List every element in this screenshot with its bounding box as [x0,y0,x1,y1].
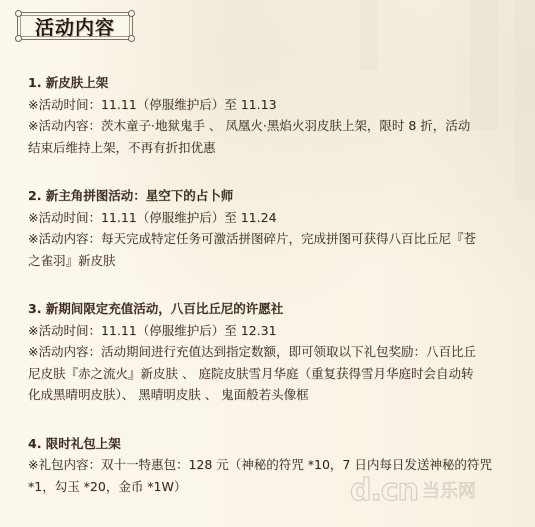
activity-details-cont: 结束后维持上架，不再有折扣优惠 [28,137,518,159]
activity-section-puzzle: 2. 新主角拼图活动：星空下的占卜师 ※活动时间：11.11（停服维护后）至 1… [28,185,518,271]
section-heading: 3. 新期间限定充值活动，八百比丘尼的许愿社 [28,298,518,320]
section-heading: 1. 新皮肤上架 [28,72,518,94]
section-title-frame: 活动内容 [17,12,133,40]
activity-details: ※活动内容：每天完成特定任务可激活拼图碎片，完成拼图可获得八百比丘尼『苍 [28,228,518,250]
frame-corner-ornament-icon [15,10,22,17]
activity-details-cont: 化成黑晴明皮肤）、 黑晴明皮肤 、 鬼面般若头像框 [28,384,518,406]
activity-details-cont: 之雀羽』新皮肤 [28,250,518,272]
background-tree-trunk [360,0,378,70]
frame-corner-ornament-icon [15,35,22,42]
frame-corner-ornament-icon [128,35,135,42]
activity-section-new-skins: 1. 新皮肤上架 ※活动时间：11.11（停服维护后）至 11.13 ※活动内容… [28,72,518,158]
activity-time: ※活动时间：11.11（停服维护后）至 11.24 [28,207,518,229]
page-title: 活动内容 [35,13,115,40]
activity-section-recharge: 3. 新期间限定充值活动，八百比丘尼的许愿社 ※活动时间：11.11（停服维护后… [28,298,518,406]
background-tree-trunk [515,0,535,200]
activity-time: ※活动时间：11.11（停服维护后）至 11.13 [28,94,518,116]
frame-corner-ornament-icon [128,10,135,17]
gift-pack-details-cont: *1，勾玉 *20，金币 *1W） [28,476,518,498]
activity-details: ※活动内容：茨木童子·地狱鬼手 、 凤凰火·黑焰火羽皮肤上架，限时 8 折，活动 [28,115,518,137]
section-heading: 4. 限时礼包上架 [28,433,518,455]
section-heading: 2. 新主角拼图活动：星空下的占卜师 [28,185,518,207]
activity-section-gift-pack: 4. 限时礼包上架 ※礼包内容：双十一特惠包：128 元（神秘的符咒 *10，7… [28,433,518,498]
activity-content: 1. 新皮肤上架 ※活动时间：11.11（停服维护后）至 11.13 ※活动内容… [28,72,518,524]
activity-time: ※活动时间：11.11（停服维护后）至 12.31 [28,320,518,342]
activity-details: ※活动内容：活动期间进行充值达到指定数额，即可领取以下礼包奖励：八百比丘 [28,341,518,363]
gift-pack-details: ※礼包内容：双十一特惠包：128 元（神秘的符咒 *10，7 日内每日发送神秘的… [28,454,518,476]
activity-details-cont: 尼皮肤『赤之流火』新皮肤 、 庭院皮肤雪月华庭（重复获得雪月华庭时会自动转 [28,363,518,385]
